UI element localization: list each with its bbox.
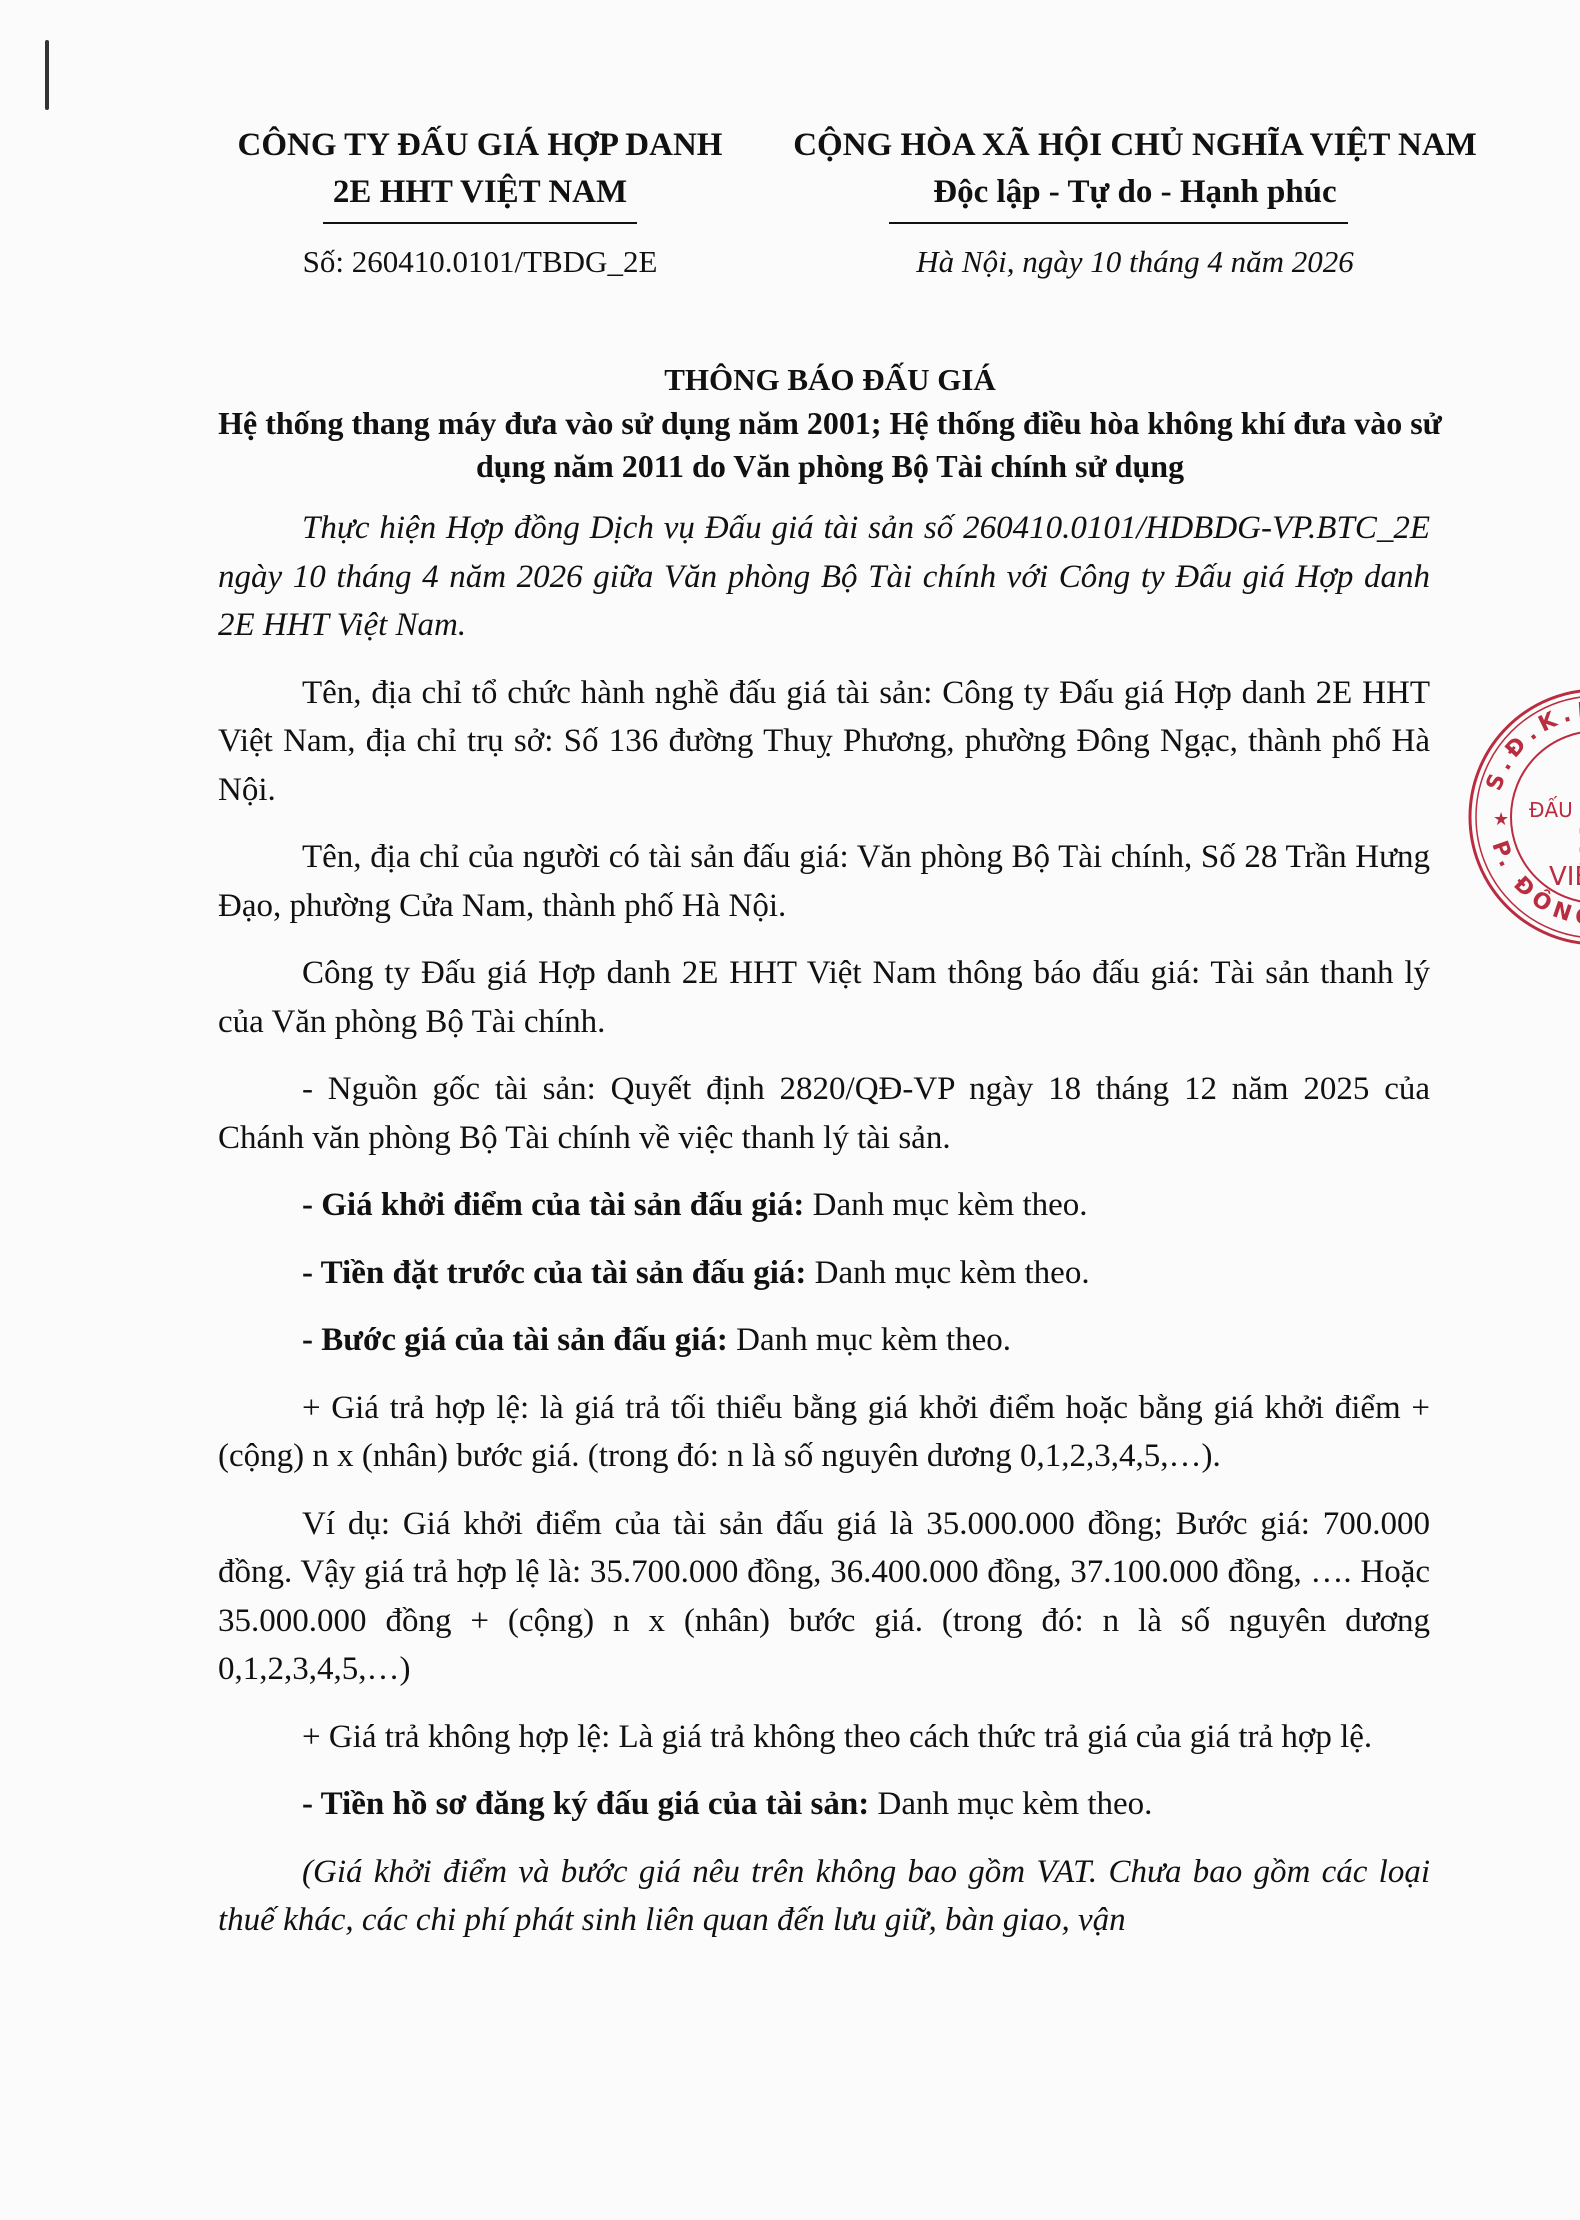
announcement: Công ty Đấu giá Hợp danh 2E HHT Việt Nam… [218,949,1430,1046]
deposit-label: - Tiền đặt trước của tài sản đấu giá: [302,1255,806,1291]
national-motto: Độc lập - Tự do - Hạnh phúc [790,172,1480,212]
valid-bid-rule: + Giá trả hợp lệ: là giá trả tối thiểu b… [218,1384,1430,1481]
title-subject: Hệ thống thang máy đưa vào sử dụng năm 2… [200,402,1460,488]
scan-edge-mark [45,40,49,110]
deposit: - Tiền đặt trước của tài sản đấu giá: Da… [218,1249,1430,1298]
asset-origin: - Nguồn gốc tài sản: Quyết định 2820/QĐ-… [218,1065,1430,1162]
auctioneer-info: Tên, địa chỉ tổ chức hành nghề đấu giá t… [218,669,1430,815]
registration-fee-value: Danh mục kèm theo. [869,1786,1152,1822]
place-date: Hà Nội, ngày 10 tháng 4 năm 2026 [790,242,1480,282]
org-name-line2: 2E HHT VIỆT NAM [200,172,760,212]
company-seal-stamp: S.Đ.K.H.Đ P. ĐÔNG NG ★ CÔ ĐẤU GI 2E VIỆ [1467,687,1580,947]
owner-info: Tên, địa chỉ của người có tài sản đấu gi… [218,833,1430,930]
starting-price-label: - Giá khởi điểm của tài sản đấu giá: [302,1187,804,1223]
stamp-inner-line4: VIỆ [1549,860,1580,892]
bid-step: - Bước giá của tài sản đấu giá: Danh mục… [218,1316,1430,1365]
starting-price: - Giá khởi điểm của tài sản đấu giá: Dan… [218,1181,1430,1230]
registration-fee: - Tiền hồ sơ đăng ký đấu giá của tài sản… [218,1780,1430,1829]
bid-step-value: Danh mục kèm theo. [728,1322,1011,1358]
motto-underline [889,222,1348,224]
org-underline [323,222,637,224]
org-name-line1: CÔNG TY ĐẤU GIÁ HỢP DANH [200,125,760,165]
registration-fee-label: - Tiền hồ sơ đăng ký đấu giá của tài sản… [302,1786,869,1822]
document-body: Thực hiện Hợp đồng Dịch vụ Đấu giá tài s… [218,504,1430,1964]
price-note: (Giá khởi điểm và bước giá nêu trên khôn… [218,1848,1430,1945]
stamp-outer-top-text: S.Đ.K.H.Đ [1482,697,1580,794]
bid-step-label: - Bước giá của tài sản đấu giá: [302,1322,728,1358]
starting-price-value: Danh mục kèm theo. [804,1187,1087,1223]
nation-name: CỘNG HÒA XÃ HỘI CHỦ NGHĨA VIỆT NAM [790,125,1480,165]
invalid-bid-rule: + Giá trả không hợp lệ: Là giá trả không… [218,1713,1430,1762]
document-number: Số: 260410.0101/TBDG_2E [200,242,760,282]
svg-text:S.Đ.K.H.Đ: S.Đ.K.H.Đ [1482,697,1580,794]
bid-example: Ví dụ: Giá khởi điểm của tài sản đấu giá… [218,1500,1430,1694]
document-title: THÔNG BÁO ĐẤU GIÁ Hệ thống thang máy đưa… [200,360,1460,488]
contract-intro: Thực hiện Hợp đồng Dịch vụ Đấu giá tài s… [218,504,1430,650]
document-page: CÔNG TY ĐẤU GIÁ HỢP DANH 2E HHT VIỆT NAM… [0,0,1580,2220]
stamp-inner-line2: ĐẤU GI [1529,797,1580,822]
stamp-star-icon: ★ [1493,809,1509,830]
title-heading: THÔNG BÁO ĐẤU GIÁ [200,360,1460,402]
deposit-value: Danh mục kèm theo. [806,1255,1089,1291]
